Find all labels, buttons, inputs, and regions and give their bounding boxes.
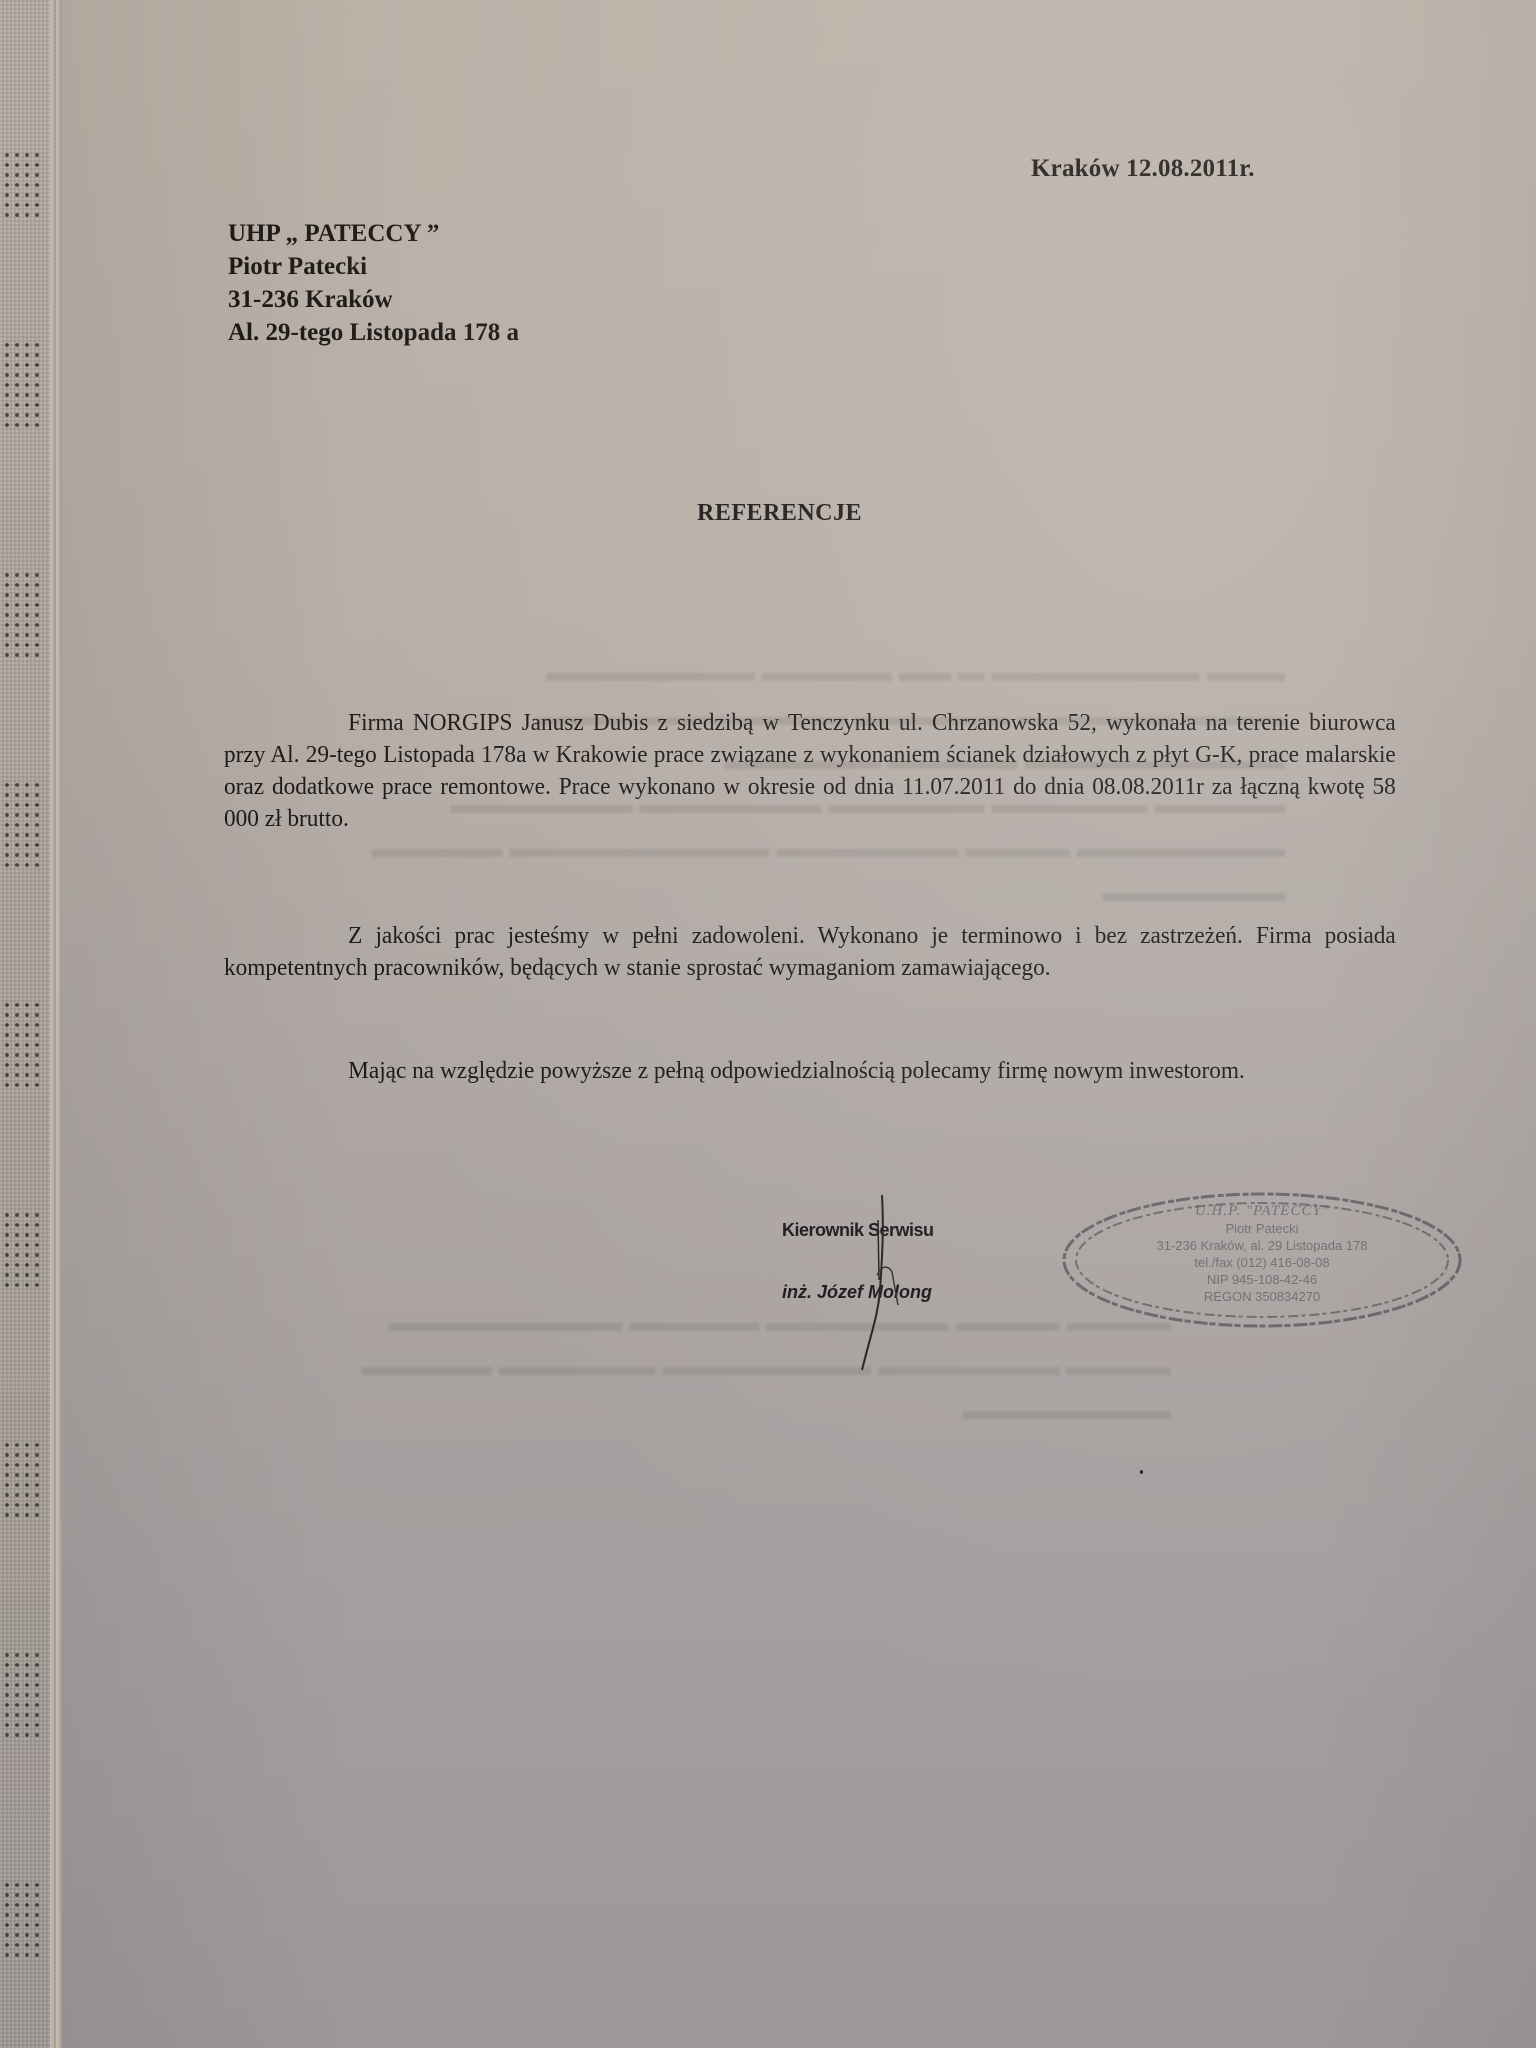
- paragraph-text: Z jakości prac jesteśmy w pełni zadowole…: [224, 923, 1396, 981]
- paragraph-work-description: Firma NORGIPS Janusz Dubis z siedzibą w …: [224, 707, 1396, 835]
- stamp-line: REGON 350834270: [1057, 1288, 1467, 1305]
- textured-background-surface: [0, 0, 52, 2048]
- document-title: REFERENCJE: [697, 500, 862, 527]
- recipient-street: Al. 29-tego Listopada 178 a: [228, 316, 519, 349]
- stamp-text: U.H.P. "PATECCY" Piotr Patecki 31-236 Kr…: [1057, 1203, 1467, 1305]
- document-date: Kraków 12.08.2011r.: [1031, 155, 1255, 183]
- perforation-pattern: [2, 570, 42, 660]
- perforation-pattern: [2, 1650, 42, 1740]
- document-sheet: ▬▬▬ ▬▬▬▬▬▬▬▬ ▬ ▬▬ ▬▬▬▬▬ ▬▬▬▬▬▬▬▬ ▬▬▬▬ ▬▬…: [62, 0, 1536, 2048]
- page-stack-edge: [50, 0, 54, 2048]
- stamp-line: Piotr Patecki: [1057, 1220, 1467, 1237]
- perforation-pattern: [2, 1440, 42, 1520]
- paragraph-recommendation: Mając na względzie powyższe z pełną odpo…: [224, 1055, 1396, 1087]
- recipient-postal-city: 31-236 Kraków: [228, 283, 519, 316]
- paragraph-quality-statement: Z jakości prac jesteśmy w pełni zadowole…: [224, 920, 1396, 984]
- perforation-pattern: [2, 1880, 42, 1960]
- stamp-line: tel./fax (012) 416-08-08: [1057, 1254, 1467, 1271]
- page-stack-edge: [56, 0, 60, 2048]
- recipient-address: UHP „ PATECCY ” Piotr Patecki 31-236 Kra…: [228, 217, 519, 349]
- recipient-name: Piotr Patecki: [228, 250, 519, 283]
- perforation-pattern: [2, 1000, 42, 1090]
- company-stamp: U.H.P. "PATECCY" Piotr Patecki 31-236 Kr…: [1057, 1185, 1467, 1335]
- paragraph-text: Firma NORGIPS Janusz Dubis z siedzibą w …: [224, 710, 1396, 832]
- perforation-pattern: [2, 150, 42, 220]
- bleed-through-text: ▬▬▬▬ ▬▬▬▬ ▬▬▬▬▬▬▬ ▬▬▬▬▬ ▬▬▬▬▬▬▬▬▬ ▬▬▬▬ ▬…: [362, 1300, 1171, 1432]
- handwritten-signature-icon: [782, 1220, 942, 1400]
- stamp-line: 31-236 Kraków, al. 29 Listopada 178: [1057, 1237, 1467, 1254]
- perforation-pattern: [2, 780, 42, 870]
- perforation-pattern: [2, 340, 42, 430]
- stamp-line: NIP 945-108-42-46: [1057, 1271, 1467, 1288]
- perforation-pattern: [2, 1210, 42, 1290]
- paragraph-text: Mając na względzie powyższe z pełną odpo…: [348, 1058, 1245, 1084]
- recipient-company: UHP „ PATECCY ”: [228, 217, 519, 250]
- stamp-line: U.H.P. "PATECCY": [1057, 1203, 1467, 1220]
- paper-speck: [1140, 1470, 1143, 1474]
